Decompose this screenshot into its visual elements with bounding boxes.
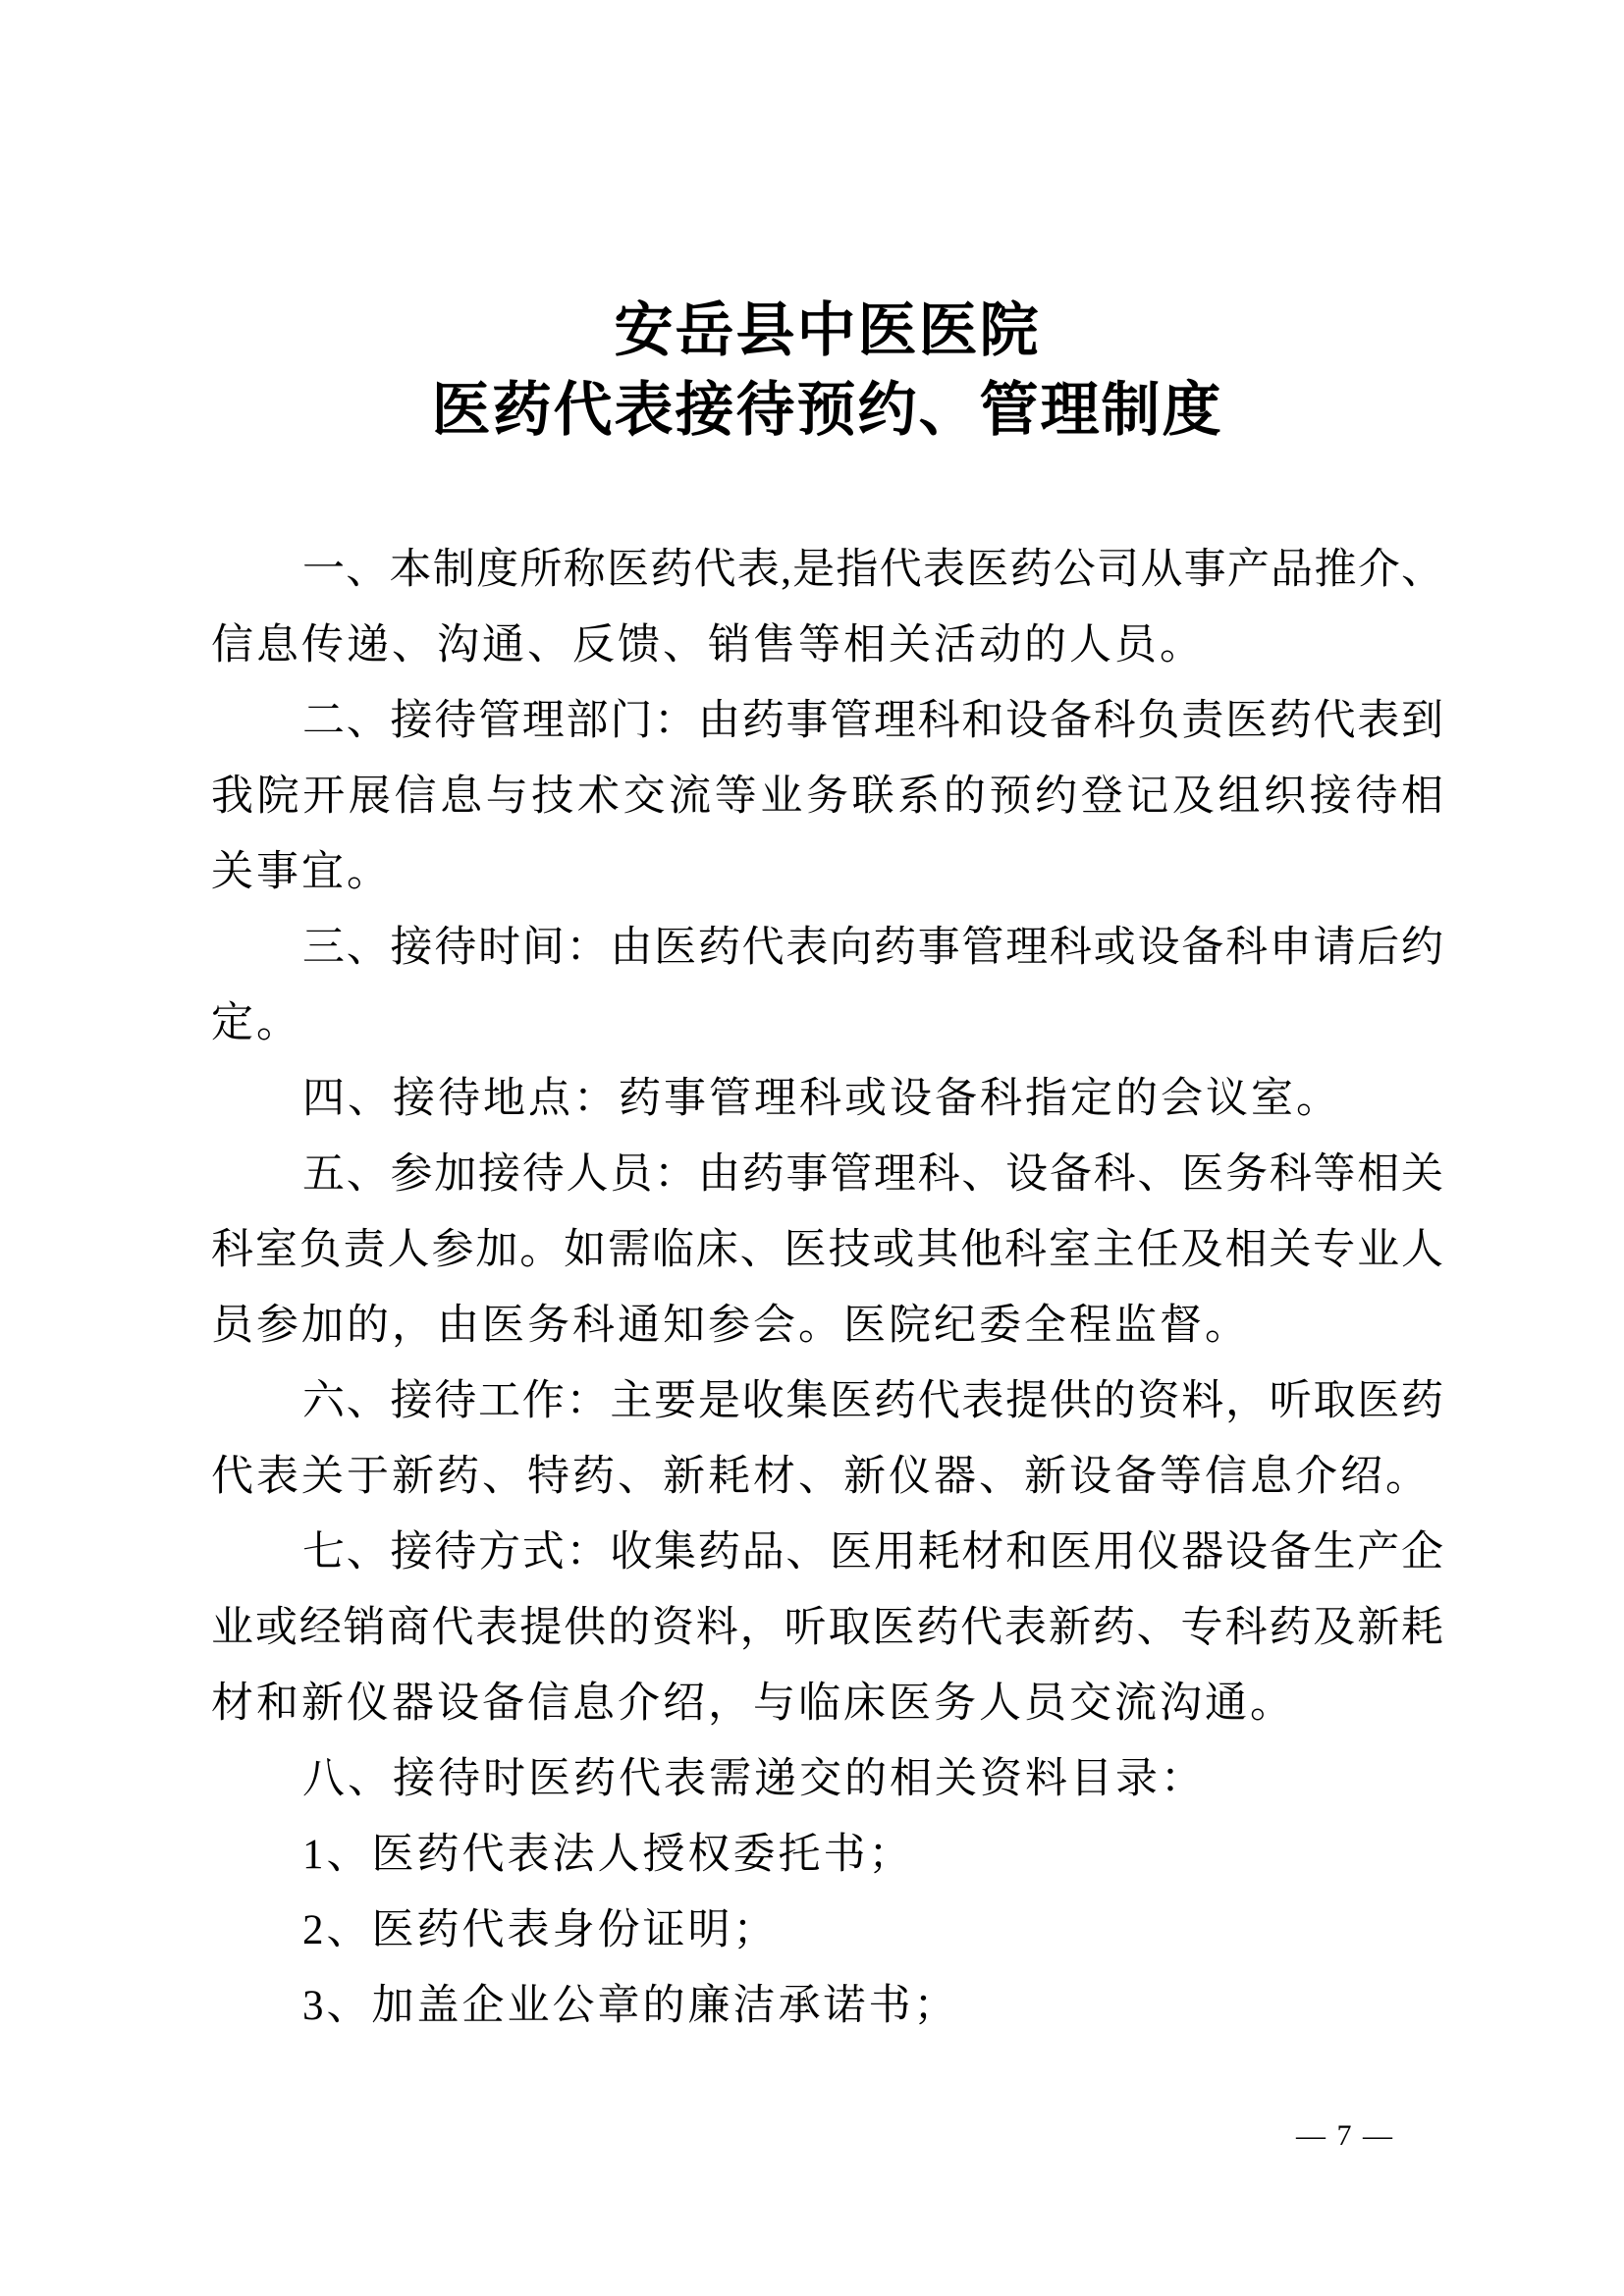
list-item-line: 2、医药代表身份证明； bbox=[211, 1893, 1443, 1968]
text-line: 员参加的，由医务科通知参会。医院纪委全程监督。 bbox=[211, 1288, 1443, 1363]
text-line: 五、参加接待人员：由药事管理科、设备科、医务科等相关 bbox=[211, 1137, 1443, 1212]
list-item-line: 1、医药代表法人授权委托书； bbox=[211, 1817, 1443, 1893]
document-title-line-1: 安岳县中医医院 bbox=[211, 292, 1443, 371]
text-line: 信息传递、沟通、反馈、销售等相关活动的人员。 bbox=[211, 608, 1443, 683]
document-page: 安岳县中医医院 医药代表接待预约、管理制度 一、本制度所称医药代表,是指代表医药… bbox=[0, 0, 1624, 2296]
text-line: 三、接待时间：由医药代表向药事管理科或设备科申请后约 bbox=[211, 910, 1443, 986]
text-line: 六、接待工作：主要是收集医药代表提供的资料，听取医药 bbox=[211, 1363, 1443, 1439]
text-line: 四、接待地点：药事管理科或设备科指定的会议室。 bbox=[211, 1061, 1443, 1137]
text-line: 定。 bbox=[211, 986, 1443, 1061]
text-line: 八、接待时医药代表需递交的相关资料目录： bbox=[211, 1741, 1443, 1817]
text-line: 我院开展信息与技术交流等业务联系的预约登记及组织接待相 bbox=[211, 759, 1443, 834]
text-line: 业或经销商代表提供的资料，听取医药代表新药、专科药及新耗 bbox=[211, 1590, 1443, 1666]
page-number: — 7 — bbox=[1296, 2116, 1394, 2156]
text-line: 一、本制度所称医药代表,是指代表医药公司从事产品推介、 bbox=[211, 532, 1443, 608]
document-body: 一、本制度所称医药代表,是指代表医药公司从事产品推介、 信息传递、沟通、反馈、销… bbox=[211, 532, 1443, 2044]
list-item-line: 3、加盖企业公章的廉洁承诺书； bbox=[211, 1968, 1443, 2044]
text-line: 代表关于新药、特药、新耗材、新仪器、新设备等信息介绍。 bbox=[211, 1439, 1443, 1515]
text-line: 材和新仪器设备信息介绍，与临床医务人员交流沟通。 bbox=[211, 1666, 1443, 1741]
text-line: 七、接待方式：收集药品、医用耗材和医用仪器设备生产企 bbox=[211, 1515, 1443, 1590]
document-title: 安岳县中医医院 医药代表接待预约、管理制度 bbox=[211, 292, 1443, 451]
text-line: 科室负责人参加。如需临床、医技或其他科室主任及相关专业人 bbox=[211, 1212, 1443, 1288]
text-line: 关事宜。 bbox=[211, 834, 1443, 910]
document-title-line-2: 医药代表接待预约、管理制度 bbox=[211, 371, 1443, 451]
text-line: 二、接待管理部门：由药事管理科和设备科负责医药代表到 bbox=[211, 683, 1443, 759]
